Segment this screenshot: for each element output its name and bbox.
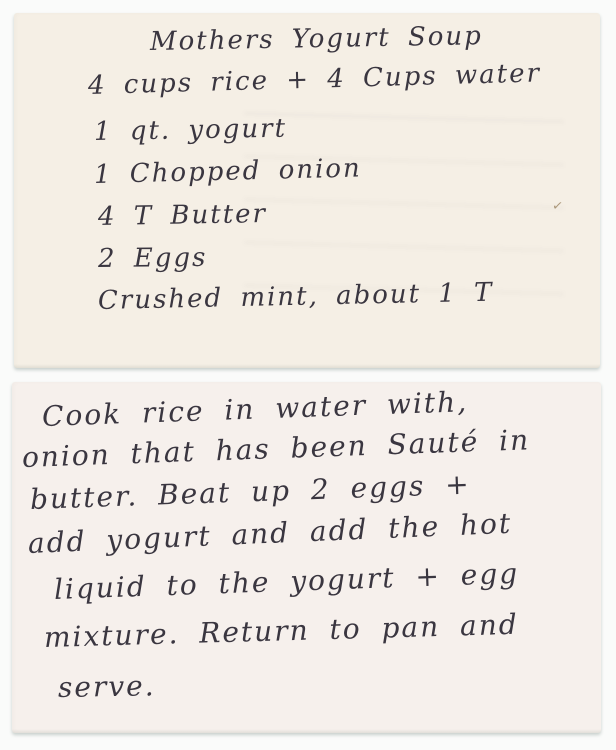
- instruction-line-1: Cook rice in water with,: [41, 385, 468, 433]
- instruction-line-3: butter. Beat up 2 eggs +: [29, 468, 471, 516]
- check-mark: ✓: [551, 198, 564, 214]
- ingredient-line-5: 2 Eggs: [98, 243, 208, 274]
- instruction-line-7: serve.: [58, 669, 156, 704]
- recipe-title: Mothers Yogurt Soup: [150, 21, 483, 57]
- ingredient-line-4: 4 T Butter: [98, 199, 267, 232]
- ingredient-line-3: 1 Chopped onion: [94, 153, 362, 190]
- instruction-line-4: add yogurt and add the hot: [27, 507, 512, 560]
- ingredient-line-1: 4 cups rice + 4 Cups water: [88, 58, 542, 101]
- instruction-line-5: liquid to the yogurt + egg: [53, 557, 519, 606]
- ingredient-line-2: 1 qt. yogurt: [94, 114, 288, 147]
- ingredient-line-6: Crushed mint, about 1 T: [98, 278, 494, 316]
- recipe-card-ingredients: Mothers Yogurt Soup 4 cups rice + 4 Cups…: [14, 13, 600, 368]
- instruction-line-6: mixture. Return to pan and: [44, 608, 520, 654]
- recipe-card-instructions: Cook rice in water with, onion that has …: [12, 382, 601, 733]
